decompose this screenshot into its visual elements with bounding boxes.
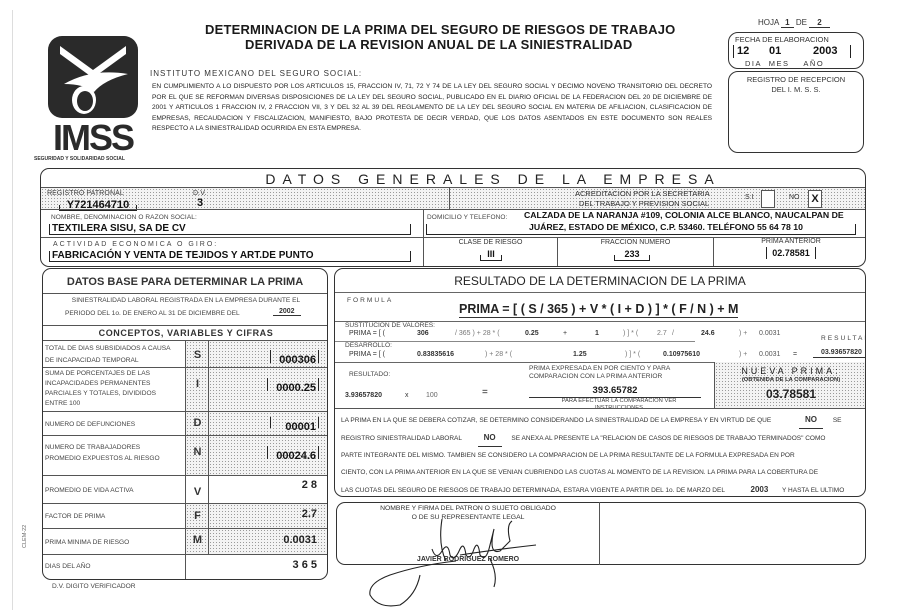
dv-label: D.V. [193,190,206,197]
row-m-label: PRIMA MINIMA DE RIESGO [45,538,129,548]
row-f-label: FACTOR DE PRIMA [45,512,105,522]
dv-value: 3 [193,198,207,209]
no-label: NO [789,194,800,201]
declaracion-no1[interactable]: NO [799,411,823,429]
registro-row: REGISTRO PATRONAL D.V. Y721464710 3 ACRE… [41,187,866,209]
desarrollo-op3: ) + [739,351,747,358]
domicilio-field[interactable]: JUÁREZ, ESTADO DE MÉXICO, C.P. 53460. TE… [426,224,856,235]
dv-footnote: D.V. DIGITO VERIFICADOR [52,583,136,590]
nombre-field[interactable]: TEXTILERA SISU, SA DE CV [49,224,411,235]
row-n: NUMERO DE TRABAJADORES PROMEDIO EXPUESTO… [43,435,328,475]
hoja-number: 1 [781,18,793,28]
sustitucion-s: 306 [417,330,429,337]
conceptos-header: CONCEPTOS, VARIABLES Y CIFRAS [43,325,328,340]
prima-anterior-label: PRIMA ANTERIOR [714,238,866,245]
sustitucion-label: SUSTITUCION DE VALORES: [345,322,435,329]
fecha-label: FECHA DE ELABORACION [735,35,829,44]
declaracion-p4: SE ANEXA AL PRESENTE LA "RELACION DE CAS… [511,435,825,442]
recepcion-label2: DEL I. M. S. S. [729,85,863,94]
calc-hundred: 100 [426,392,438,399]
resultado-section: RESULTADO DE LA DETERMINACION DE LA PRIM… [334,268,866,497]
desarrollo-m: 0.0031 [759,351,780,358]
row-d-var: D [186,417,209,429]
sustitucion-prefix: PRIMA = [ ( [349,330,385,337]
nombre-label: NOMBRE, DENOMINACION O RAZON SOCIAL: [51,214,197,221]
si-checkbox[interactable] [761,190,775,208]
nombre-value: TEXTILERA SISU, SA DE CV [52,223,186,234]
row-v-label: PROMEDIO DE VIDA ACTIVA [45,486,134,496]
row-s-label: TOTAL DE DIAS SUBSIDIADOS A CAUSA DE INC… [45,343,181,367]
desarrollo-equals: = [793,351,797,358]
conceptos-title: CONCEPTOS, VARIABLES Y CIFRAS [43,328,328,338]
row-d: NUMERO DE DEFUNCIONES D 00001 [43,411,328,435]
sustitucion-n: 24.6 [701,330,715,337]
sustitucion-plus: + [563,330,567,337]
formula-label: FORMULA [347,297,393,304]
sustitucion-op1: / 365 ) + 28 * ( [455,330,500,337]
calc-equals: = [482,387,488,398]
datos-generales-title: DATOS GENERALES DE LA EMPRESA [41,169,865,187]
row-dias-label: DIAS DEL AÑO [45,562,91,572]
registro-patronal-label: REGISTRO PATRONAL [47,190,124,197]
declaracion-year-start[interactable]: 2003 [745,481,775,497]
row-v: PROMEDIO DE VIDA ACTIVA V 2 8 [43,475,328,503]
domicilio-label: DOMICILIO Y TELEFONO: [427,214,507,221]
desarrollo-prefix: PRIMA = [ ( [349,351,385,358]
domicilio-row: DOMICILIO Y TELEFONO: CALZADA DE LA NARA… [423,209,866,237]
fecha-sublabels: DIA MES AÑO [745,59,824,68]
registro-recepcion-box: REGISTRO DE RECEPCION DEL I. M. S. S. [728,71,864,153]
form-code: CLEM-22 [22,525,28,548]
declaracion-p2: SE [833,417,842,424]
prima-anterior-value: 02.78581 [767,247,815,259]
actividad-label: ACTIVIDAD ECONOMICA O GIRO: [53,241,218,248]
porcentaje-label: PRIMA EXPRESADA EN POR CIENTO Y PARA COM… [529,365,701,381]
calc-resultado: 3.93657820 [345,392,382,399]
acreditacion-label-line2: DEL TRABAJO Y PREVISION SOCIAL [575,199,710,209]
row-d-label: NUMERO DE DEFUNCIONES [45,420,135,430]
datos-generales-section: DATOS GENERALES DE LA EMPRESA REGISTRO P… [40,168,866,267]
row-m: PRIMA MINIMA DE RIESGO M 0.0031 [43,528,328,554]
dv-field[interactable]: 3 [193,198,207,209]
no-checkbox[interactable]: X [808,190,822,208]
actividad-row: ACTIVIDAD ECONOMICA O GIRO: FABRICACIÓN … [41,237,423,267]
sustitucion-f: 2.7 [657,330,667,337]
declaracion-p1: LA PRIMA EN LA QUE SE DEBERA COTIZAR, SE… [341,417,771,424]
resultado-title: RESULTADO DE LA DETERMINACION DE LA PRIM… [335,274,865,288]
document-title-line2: DERIVADA DE LA REVISION ANUAL DE LA SINI… [245,37,633,52]
row-dias: DIAS DEL AÑO 3 6 5 [43,554,328,580]
desarrollo-op2: ) ] * ( [625,351,640,358]
datos-base-section: DATOS BASE PARA DETERMINAR LA PRIMA SINI… [42,268,328,580]
no-value: X [811,193,818,205]
row-d-value: 00001 [285,421,316,433]
institution-name: INSTITUTO MEXICANO DEL SEGURO SOCIAL: [150,69,362,78]
sustitucion-op3: ) + [739,330,747,337]
acreditacion-label: ACREDITACION POR LA SECRETARIA DEL TRABA… [575,189,710,209]
row-dias-value: 3 6 5 [293,559,317,571]
clasificacion-row: CLASE DE RIESGO III FRACCION NUMERO 233 … [423,237,866,267]
porcentaje-value[interactable]: 393.65782 [529,385,701,398]
row-v-var: V [186,486,209,498]
actividad-field[interactable]: FABRICACIÓN Y VENTA DE TEJIDOS Y ART.DE … [49,251,411,262]
sustitucion-d: 1 [595,330,599,337]
clase-field[interactable]: III [480,249,502,261]
datos-base-title: DATOS BASE PARA DETERMINAR LA PRIMA [43,276,327,288]
firma-divider [599,502,600,565]
domicilio-line1: CALZADA DE LA NARANJA #109, COLONIA ALCE… [524,210,844,220]
row-s-field[interactable]: 000306 [270,350,319,363]
fecha-elaboracion-box: FECHA DE ELABORACION 12 01 2003 DIA MES … [728,32,864,69]
nueva-prima-sub: (OBTENIDA DE LA COMPARACION) [715,377,866,383]
desarrollo-op1: ) + 28 * ( [485,351,512,358]
row-m-value: 0.0031 [283,534,317,546]
prima-anterior-field[interactable]: 02.78581 [766,247,816,259]
desarrollo-c: 0.10975610 [663,351,700,358]
fraccion-field[interactable]: 233 [614,249,650,261]
page-indicator: HOJA 1 DE 2 [758,18,830,27]
row-s-var: S [186,349,209,361]
nueva-prima-label: NUEVA PRIMA: [715,366,866,376]
fecha-mes[interactable]: 01 [769,45,781,57]
row-i: SUMA DE PORCENTAJES DE LAS INCAPACIDADES… [43,367,328,411]
declaracion-p5: PARTE INTEGRANTE DEL MISMO. TAMBIEN SE C… [341,447,863,464]
hoja-total: 2 [809,18,829,28]
nueva-prima-value[interactable]: 03.78581 [715,387,866,401]
row-n-label: NUMERO DE TRABAJADORES PROMEDIO EXPUESTO… [45,442,175,464]
desarrollo-resultado-label: RESULTADO [821,335,866,342]
instrucciones-note: PARA EFECTUAR LA COMPARACION VER INSTRUC… [541,398,697,412]
declaracion-no2[interactable]: NO [478,429,502,447]
nombre-row: NOMBRE, DENOMINACION O RAZON SOCIAL: TEX… [41,209,423,237]
row-f: FACTOR DE PRIMA F 2.7 [43,503,328,528]
row-v-value: 2 8 [302,479,317,491]
desarrollo-a: 0.83835616 [417,351,454,358]
formula: PRIMA = [ ( S / 365 ) + V * ( I + D ) ] … [459,302,738,318]
logo-tagline: SEGURIDAD Y SOLIDARIDAD SOCIAL [34,156,125,162]
svg-text:IMSS: IMSS [53,117,134,158]
row-s: TOTAL DE DIAS SUBSIDIADOS A CAUSA DE INC… [43,340,328,367]
row-n-field[interactable]: 00024.6 [267,446,319,459]
periodo-row: SINIESTRALIDAD LABORAL REGISTRADA EN LA … [43,293,328,325]
periodo-line1: SINIESTRALIDAD LABORAL REGISTRADA EN LA … [43,297,328,304]
hoja-label: HOJA [758,18,779,27]
signature[interactable] [360,505,560,610]
si-label: SI [745,194,756,201]
recepcion-label: REGISTRO DE RECEPCION [729,75,863,84]
row-n-var: N [186,446,209,458]
row-m-var: M [186,534,209,546]
sustitucion-slash: / [672,330,674,337]
row-i-var: I [186,378,209,390]
desarrollo-label: DESARROLLO: [345,342,392,349]
acreditacion-label-line1: ACREDITACION POR LA SECRETARIA [575,189,710,199]
clase-label: CLASE DE RIESGO [424,239,557,246]
sustitucion-op2: ) ] * ( [623,330,638,337]
declaracion-p8: Y HASTA EL ULTIMO [782,487,844,494]
row-i-value: 0000.25 [276,382,316,394]
imss-logo: IMSS SEGURIDAD Y SOLIDARIDAD SOCIAL [44,34,142,164]
fecha-anio[interactable]: 2003 [813,45,837,57]
hoja-de-label: DE [796,18,807,27]
declaracion-text: LA PRIMA EN LA QUE SE DEBERA COTIZAR, SE… [341,411,863,497]
periodo-line2: PERIODO DEL 1o. DE ENERO AL 31 DE DICIEM… [65,310,240,317]
legal-declaration: EN CUMPLIMIENTO A LO DISPUESTO POR LOS A… [152,82,712,135]
row-f-var: F [186,510,209,522]
sustitucion-i: 0.25 [525,330,539,337]
nueva-prima-box: NUEVA PRIMA: (OBTENIDA DE LA COMPARACION… [714,362,866,408]
calc-times: x [405,392,409,399]
actividad-value: FABRICACIÓN Y VENTA DE TEJIDOS Y ART.DE … [52,250,314,261]
declaracion-p6: CIENTO, CON LA PRIMA ANTERIOR EN LA QUE … [341,464,863,481]
domicilio-line2: JUÁREZ, ESTADO DE MÉXICO, C.P. 53460. TE… [529,222,803,232]
row-i-label: SUMA DE PORCENTAJES DE LAS INCAPACIDADES… [45,369,177,409]
resultado-label: RESULTADO: [349,371,390,378]
declaracion-p7: LAS CUOTAS DEL SEGURO DE RIESGOS DE TRAB… [341,487,725,494]
fecha-dia[interactable]: 12 [737,45,749,57]
row-s-value: 000306 [279,354,316,366]
row-d-field[interactable]: 00001 [270,417,319,428]
sustitucion-m: 0.0031 [759,330,780,337]
row-n-value: 00024.6 [276,450,316,462]
desarrollo-b: 1.25 [573,351,587,358]
desarrollo-resultado-value[interactable]: 03.93657820 [813,349,866,358]
row-f-value: 2.7 [302,508,317,520]
periodo-year[interactable]: 2002 [273,308,301,316]
declaracion-p3: REGISTRO SINIESTRALIDAD LABORAL [341,435,462,442]
row-i-field[interactable]: 0000.25 [267,378,319,391]
fraccion-label: FRACCION NUMERO [558,239,713,246]
document-title-line1: DETERMINACION DE LA PRIMA DEL SEGURO DE … [205,22,676,37]
